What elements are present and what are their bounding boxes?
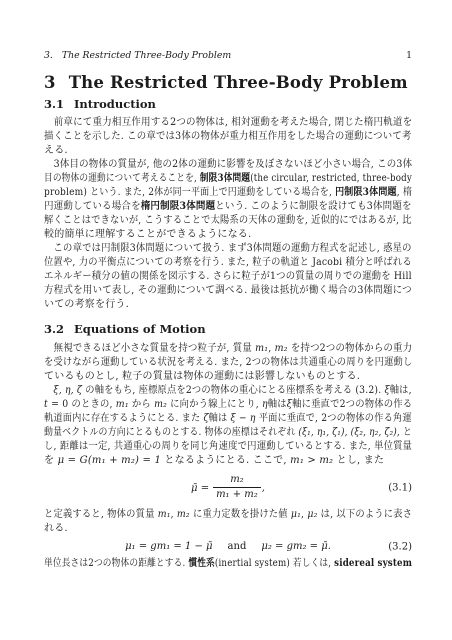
text-line: れる. <box>44 522 412 536</box>
text-segment: m₁ <box>116 399 129 410</box>
text-segment: 軸は, <box>390 385 412 396</box>
text-segment: sidereal system <box>334 558 412 569</box>
text-segment: , 楕 <box>397 187 412 198</box>
equation-lhs: μ̄ = <box>191 483 209 494</box>
text-segment: し, 距離は一定, 共通重心の周りを同じ角速度で円運動しているとする. また, … <box>44 441 412 452</box>
text-segment: という. このように制限を設けても3体問題を <box>215 201 411 212</box>
text-line: 前章にて重力相互作用する2つの物体は, 相対運動を考えた場合, 閉じた楕円軌道を <box>44 116 394 130</box>
document-page: 3.The Restricted Three-Body Problem 1 3T… <box>0 0 452 640</box>
text-segment: = 0 のときの, <box>48 399 116 410</box>
text-segment: 軌道面内に存在するようにとる. また <box>44 413 203 424</box>
text-segment: m₂ <box>177 509 190 520</box>
fraction-numerator: m₂ <box>213 474 261 488</box>
text-segment: を受けながら運動している状況を考える. また, 2つの物体は共通重心の周りを円運… <box>44 357 412 368</box>
subsection-title-text: Introduction <box>74 97 156 111</box>
text-segment: この章では円制限3体問題について扱う. まず3体問題の運動方程式を記述し, 惑星… <box>44 243 412 254</box>
subsection-number: 3.1 <box>44 97 64 111</box>
fraction-denominator: m₁ + m₂ <box>213 488 261 501</box>
text-segment: 較的簡単に理解することができるようになる. <box>44 229 251 240</box>
text-segment: μ₁ <box>291 509 301 520</box>
text-segment: , と <box>397 427 412 438</box>
subsection-heading: 3.2Equations of Motion <box>44 322 412 336</box>
text-line: と定義すると, 物体の質量 m₁, m₂ に重力定数を掛けた値 μ₁, μ₂ は… <box>44 508 386 522</box>
chapter-title-text: The Restricted Three-Body Problem <box>69 73 408 92</box>
paragraph: ξ, η, ζ の軸をもち, 座標原点を2つの物体の重心にとる座標系を考える (… <box>44 384 412 468</box>
text-line: 円運動している場合を楕円制限3体問題という. このように制限を設けても3体問題を <box>44 200 393 214</box>
text-segment: 制限3体問題 <box>200 173 250 184</box>
text-line: エネルギー積分の値の関係を図示する. さらに粒子が1つの質量の周りでの運動を H… <box>44 270 389 284</box>
text-line: し, 距離は一定, 共通重心の周りを同じ角速度で円運動しているとする. また, … <box>44 440 388 454</box>
text-line: 目の物体の運動について考えることを, 制限3体問題(the circular, … <box>44 172 363 186</box>
text-segment: は, 以下のように表さ <box>317 509 412 520</box>
text-line: この章では円制限3体問題について扱う. まず3体問題の運動方程式を記述し, 惑星… <box>44 242 388 256</box>
paragraph: と定義すると, 物体の質量 m₁, m₂ に重力定数を掛けた値 μ₁, μ₂ は… <box>44 508 412 536</box>
display-equation: μ̄ =m₂m₁ + m₂,(3.1) <box>44 473 412 503</box>
chapter-title: 3The Restricted Three-Body Problem <box>44 73 412 93</box>
equation-tail: , <box>262 483 265 494</box>
text-segment: 楕円制限3体問題 <box>141 201 216 212</box>
text-segment: m₁ > m₂ <box>290 455 333 466</box>
chapter-number: 3 <box>44 73 56 92</box>
text-line: 較的簡単に理解することができるようになる. <box>44 228 412 242</box>
text-line: を μ = G(m₁ + m₂) = 1 となるようにとる. ここで, m₁ >… <box>44 454 412 468</box>
text-segment: m₁ <box>158 509 171 520</box>
document-blocks: 3.1Introduction 前章にて重力相互作用する2つの物体は, 相対運動… <box>44 97 412 571</box>
text-segment: を <box>44 455 58 466</box>
text-line: える. <box>44 144 412 158</box>
running-header: 3.The Restricted Three-Body Problem 1 <box>44 50 412 61</box>
text-line: t = 0 のときの, m₁ から m₂ に向かう線上にとり, η軸はξ軸に垂直… <box>44 398 387 412</box>
equation-number: (3.1) <box>388 483 412 494</box>
running-header-section-title: The Restricted Three-Body Problem <box>62 50 231 61</box>
text-segment: 円運動している場合を <box>44 201 141 212</box>
text-segment: える. <box>44 145 68 156</box>
text-segment: 慣性系 <box>188 558 215 569</box>
text-line: problem) という. また, 2体が同一平面上で円運動をしている場合を, … <box>44 186 376 200</box>
text-segment: (the circular, restricted, three-body <box>250 173 412 184</box>
fraction: m₂m₁ + m₂ <box>213 474 261 500</box>
text-segment: m₂ <box>154 399 167 410</box>
text-line: 軌道面内に存在するようにとる. また ζ軸は ξ − η 平面に垂直で, 2つの… <box>44 412 383 426</box>
paragraph: 単位長さは2つの物体の距離とする. 慣性系(inertial system) 若… <box>44 557 412 571</box>
equation-number: (3.2) <box>388 541 412 552</box>
text-segment: から <box>129 399 154 410</box>
text-line: 描くことを示した. この章では3体の物体が重力相互作用をした場合の運動について考 <box>44 130 390 144</box>
text-segment: μ = G(m₁ + m₂) = 1 <box>58 455 161 466</box>
page-content: 3.The Restricted Three-Body Problem 1 3T… <box>44 50 412 571</box>
text-line: を受けながら運動している状況を考える. また, 2つの物体は共通重心の周りを円運… <box>44 356 385 370</box>
text-segment: エネルギー積分の値の関係を図示する. さらに粒子が1つの質量の周りでの運動を H… <box>44 271 412 282</box>
text-segment: μ₂ <box>307 509 317 520</box>
text-line: いての考察を行う. <box>44 298 412 312</box>
text-segment: 位置や, 力の平衡点についての考察を行う. また, 粒子の軌道と Jacobi … <box>44 257 412 268</box>
text-segment: 軸は <box>209 413 231 424</box>
text-line: 方程式を用いて表し, その運動について調べる. 最後は抵抗が働く場合の3体問題に… <box>44 284 394 298</box>
text-line: 単位長さは2つの物体の距離とする. 慣性系(inertial system) 若… <box>44 557 363 571</box>
text-segment: の軸をもち, 座標原点を2つの物体の重心にとる座標系を考える (3.2). <box>82 385 384 396</box>
paragraph: この章では円制限3体問題について扱う. まず3体問題の運動方程式を記述し, 惑星… <box>44 242 412 312</box>
text-segment: いての考察を行う. <box>44 299 129 310</box>
paragraph: 前章にて重力相互作用する2つの物体は, 相対運動を考えた場合, 閉じた楕円軌道を… <box>44 116 412 158</box>
paragraph: 無視できるほど小さな質量を持つ粒子が, 質量 m₁, m₂ を持つ2つの物体から… <box>44 342 412 384</box>
text-segment: 軸に垂直で2つの物体の作る <box>292 399 412 410</box>
equation-part: μ₁ = gm₁ = 1 − μ̄ <box>125 541 212 552</box>
running-header-section-number: 3. <box>44 50 53 61</box>
text-segment: 無視できるほど小さな質量を持つ粒子が, 質量 <box>44 343 255 354</box>
text-segment: m₁ <box>255 343 268 354</box>
text-segment: 前章にて重力相互作用する2つの物体は, 相対運動を考えた場合, 閉じた楕円軌道を <box>44 117 412 128</box>
text-line: 解くことはできないが, こうすることで太陽系の天体の運動を, 近似的にではあるが… <box>44 214 384 228</box>
text-line: ξ, η, ζ の軸をもち, 座標原点を2つの物体の重心にとる座標系を考える (… <box>44 384 384 398</box>
text-segment: 動量ベクトルの方向にとるものとする. 物体の座標はそれぞれ <box>44 427 298 438</box>
text-segment: ているものとし, 粒子の質量は物体の運動には影響しないものとする. <box>44 371 360 382</box>
text-segment: problem) という. また, 2体が同一平面上で円運動をしている場合を, <box>44 187 335 198</box>
text-segment: (ξ₁, η₁, ζ₁), (ξ₂, η₂, ζ₂) <box>298 427 396 438</box>
text-line: 動量ベクトルの方向にとるものとする. 物体の座標はそれぞれ (ξ₁, η₁, ζ… <box>44 426 372 440</box>
text-line: ているものとし, 粒子の質量は物体の運動には影響しないものとする. <box>44 370 412 384</box>
text-segment: ξ − η <box>231 413 256 424</box>
subsection-number: 3.2 <box>44 322 64 336</box>
text-segment: となるようにとる. ここで, <box>161 455 290 466</box>
text-segment: を持つ2つの物体からの重力 <box>288 343 413 354</box>
text-segment: 描くことを示した. この章では3体の物体が重力相互作用をした場合の運動について考 <box>44 131 412 142</box>
text-segment: ξ, η, ζ <box>53 385 82 396</box>
text-segment: (inertial system) 若しくは, <box>215 558 334 569</box>
text-segment: に重力定数を掛けた値 <box>190 509 291 520</box>
subsection-title-text: Equations of Motion <box>74 322 206 336</box>
text-segment: 方程式を用いて表し, その運動について調べる. 最後は抵抗が働く場合の3体問題に… <box>44 285 412 296</box>
text-segment: 目の物体の運動について考えることを, <box>44 173 200 184</box>
text-segment: に向かう線上にとり, <box>167 399 262 410</box>
text-segment: 3体目の物体の質量が, 他の2体の運動に影響を及ぼさないほど小さい場合, この3… <box>44 159 412 170</box>
text-segment: とし, また <box>333 455 384 466</box>
text-segment: m₂ <box>275 343 288 354</box>
text-line: 無視できるほど小さな質量を持つ粒子が, 質量 m₁, m₂ を持つ2つの物体から… <box>44 342 390 356</box>
subsection-heading: 3.1Introduction <box>44 97 412 111</box>
running-header-title: 3.The Restricted Three-Body Problem <box>44 50 231 61</box>
equation-part: and <box>228 541 247 552</box>
text-segment: れる. <box>44 523 68 534</box>
text-segment: 解くことはできないが, こうすることで太陽系の天体の運動を, 近似的にではあるが… <box>44 215 412 226</box>
display-equation: μ₁ = gm₁ = 1 − μ̄andμ₂ = gm₂ = μ̄.(3.2) <box>44 541 412 552</box>
text-segment: 平面に垂直で, 2つの物体の作る角運 <box>256 413 412 424</box>
page-number: 1 <box>406 50 412 61</box>
text-line: 3体目の物体の質量が, 他の2体の運動に影響を及ぼさないほど小さい場合, この3… <box>44 158 391 172</box>
text-segment: 軸は <box>268 399 287 410</box>
text-segment <box>44 385 53 396</box>
text-segment: 単位長さは2つの物体の距離とする. <box>44 558 188 569</box>
text-segment: と定義すると, 物体の質量 <box>44 509 158 520</box>
text-line: 位置や, 力の平衡点についての考察を行う. また, 粒子の軌道と Jacobi … <box>44 256 386 270</box>
paragraph: 3体目の物体の質量が, 他の2体の運動に影響を及ぼさないほど小さい場合, この3… <box>44 158 412 242</box>
equation-part: μ₂ = gm₂ = μ̄. <box>261 541 331 552</box>
text-segment: 円制限3体問題 <box>335 187 397 198</box>
